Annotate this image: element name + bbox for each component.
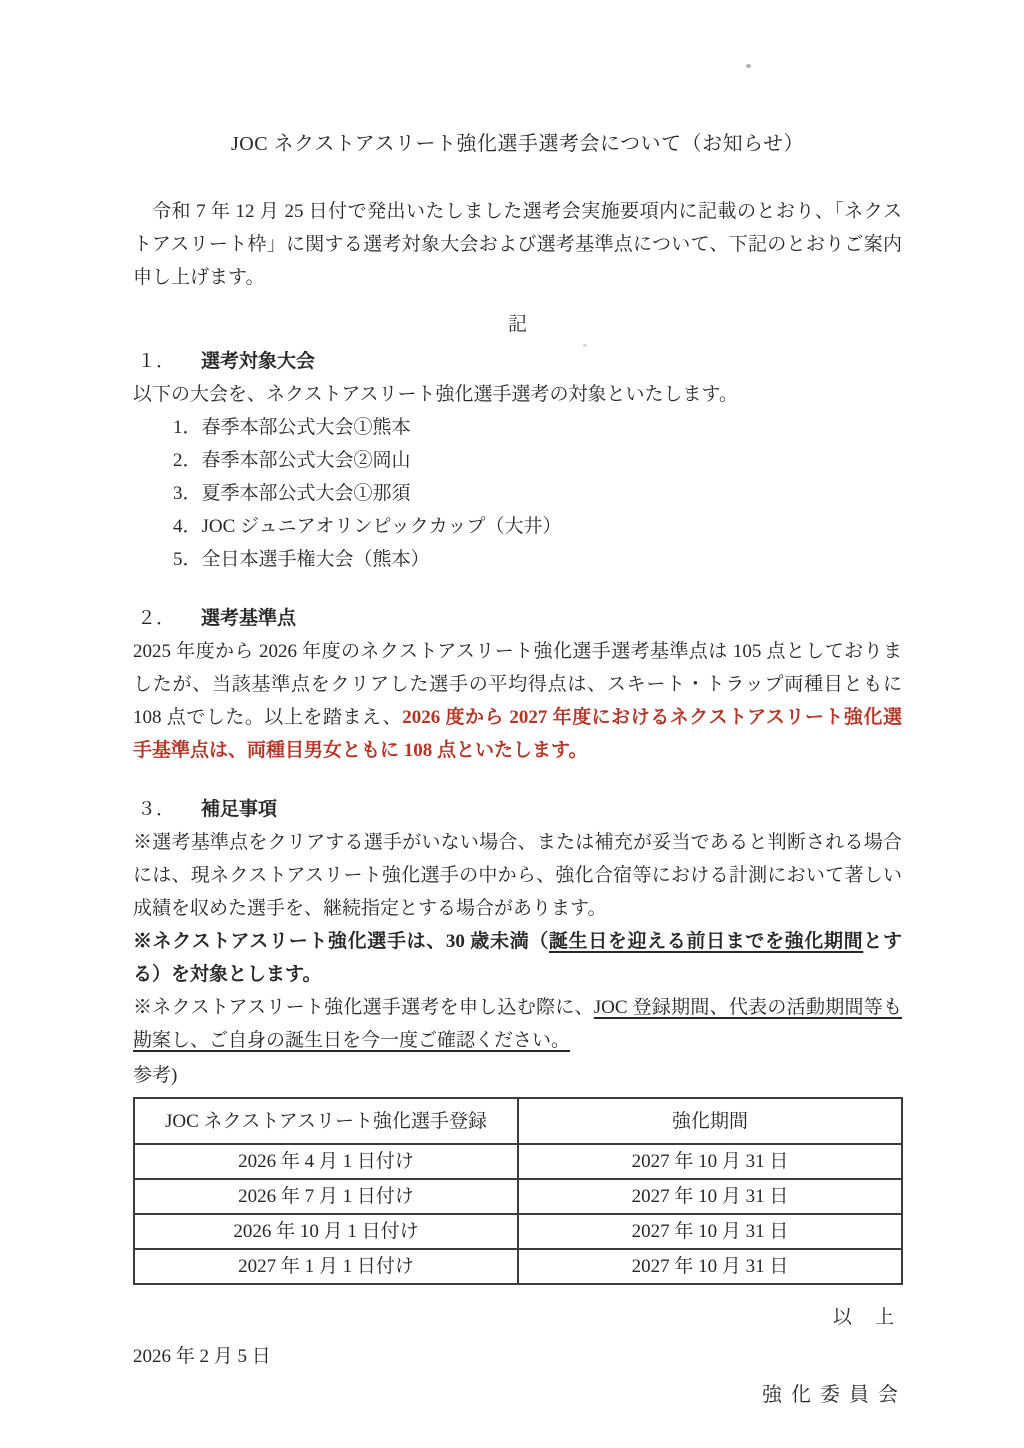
table-row: 2026 年 7 月 1 日付け 2027 年 10 月 31 日	[134, 1179, 902, 1214]
list-item: 5．全日本選手権大会（熊本）	[173, 543, 902, 576]
table-row: 2027 年 1 月 1 日付け 2027 年 10 月 31 日	[134, 1249, 902, 1284]
list-item: 2．春季本部公式大会②岡山	[173, 444, 902, 477]
note-age-limit: ※ネクストアスリート強化選手は、30 歳未満（誕生日を迎える前日までを強化期間と…	[133, 925, 902, 991]
committee-signature: 強 化 委 員 会	[133, 1379, 902, 1412]
table-cell: 2026 年 4 月 1 日付け	[134, 1144, 518, 1179]
intro-paragraph: 令和 7 年 12 月 25 日付で発出いたしました選考会実施要項内に記載のとお…	[133, 195, 902, 294]
note-registration-check: ※ネクストアスリート強化選手選考を申し込む際に、JOC 登録期間、代表の活動期間…	[133, 991, 902, 1057]
table-cell: 2027 年 10 月 31 日	[518, 1144, 902, 1179]
table-cell: 2027 年 10 月 31 日	[518, 1214, 902, 1249]
section1-heading: １．選考対象大会	[133, 345, 902, 378]
table-cell: 2027 年 1 月 1 日付け	[134, 1249, 518, 1284]
section1-number: １．	[137, 345, 175, 378]
note-continuation-rule: ※選考基準点をクリアする選手がいない場合、または補充が妥当であると判断される場合…	[133, 826, 902, 925]
section2-title: 選考基準点	[201, 608, 296, 629]
scan-artifact-dot	[746, 64, 751, 68]
list-item: 4．JOC ジュニアオリンピックカップ（大井）	[173, 510, 902, 543]
table-cell: 2026 年 7 月 1 日付け	[134, 1179, 518, 1214]
section1-lead: 以下の大会を、ネクストアスリート強化選手選考の対象といたします。	[133, 378, 902, 411]
closing-ijou: 以 上	[133, 1301, 902, 1334]
document-date: 2026 年 2 月 5 日	[133, 1340, 902, 1373]
section2-heading: ２．選考基準点	[133, 602, 902, 635]
document-page: JOC ネクストアスリート強化選手選考会について（お知らせ） 令和 7 年 12…	[0, 0, 1024, 1448]
section2-paragraph: 2025 年度から 2026 年度のネクストアスリート強化選手選考基準点は 10…	[133, 635, 902, 767]
note-age-limit-underlined: 誕生日を迎える前日までを強化期間	[549, 931, 863, 952]
note-age-limit-pre: ※ネクストアスリート強化選手は、30 歳未満（	[133, 931, 549, 952]
section2-number: ２．	[137, 602, 175, 635]
event-list: 1．春季本部公式大会①熊本 2．春季本部公式大会②岡山 3．夏季本部公式大会①那…	[133, 411, 902, 576]
table-cell: 2027 年 10 月 31 日	[518, 1249, 902, 1284]
section3-number: ３．	[137, 793, 175, 826]
list-item: 1．春季本部公式大会①熊本	[173, 411, 902, 444]
section3-title: 補足事項	[201, 799, 277, 820]
note-registration-pre: ※ネクストアスリート強化選手選考を申し込む際に、	[133, 997, 594, 1018]
reference-table: JOC ネクストアスリート強化選手登録 強化期間 2026 年 4 月 1 日付…	[133, 1097, 903, 1285]
table-header-registration: JOC ネクストアスリート強化選手登録	[134, 1098, 518, 1144]
section3-heading: ３．補足事項	[133, 793, 902, 826]
table-header-period: 強化期間	[518, 1098, 902, 1144]
table-cell: 2026 年 10 月 1 日付け	[134, 1214, 518, 1249]
table-row: 2026 年 10 月 1 日付け 2027 年 10 月 31 日	[134, 1214, 902, 1249]
reference-label: 参考)	[133, 1059, 902, 1092]
table-cell: 2027 年 10 月 31 日	[518, 1179, 902, 1214]
table-header-row: JOC ネクストアスリート強化選手登録 強化期間	[134, 1098, 902, 1144]
page-title: JOC ネクストアスリート強化選手選考会について（お知らせ）	[133, 128, 902, 161]
ki-marker: 記	[133, 308, 902, 341]
table-row: 2026 年 4 月 1 日付け 2027 年 10 月 31 日	[134, 1144, 902, 1179]
section1-title: 選考対象大会	[201, 351, 315, 372]
list-item: 3．夏季本部公式大会①那須	[173, 477, 902, 510]
scan-artifact-dot	[583, 344, 587, 347]
